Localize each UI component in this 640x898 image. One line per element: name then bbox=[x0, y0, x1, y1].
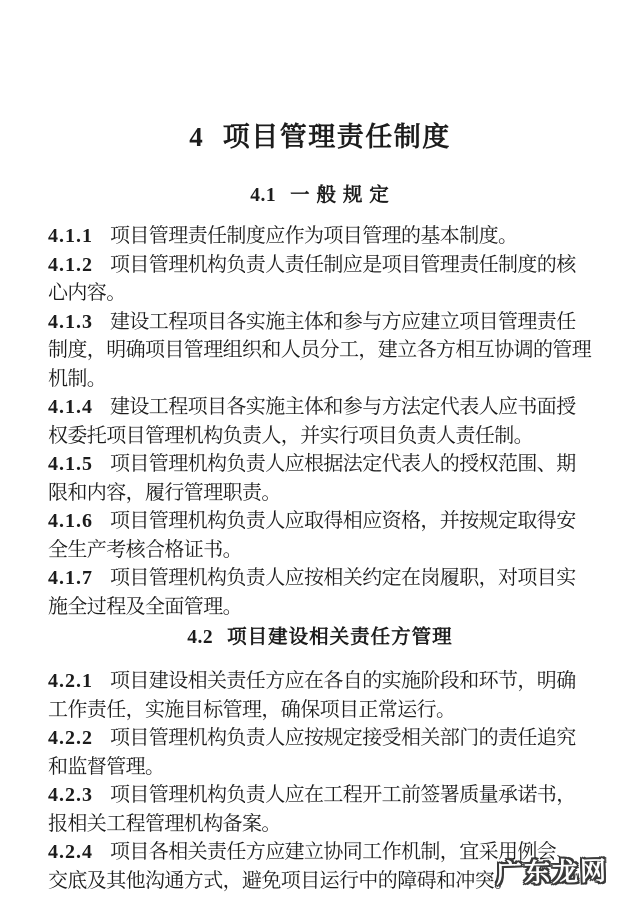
clause-4-1-3: 4.1.3建设工程项目各实施主体和参与方应建立项目管理责任 制度，明确项目管理组… bbox=[48, 308, 592, 394]
clause-number: 4.1.7 bbox=[48, 567, 93, 589]
clause-text: 项目管理机构负责人应根据法定代表人的授权范围、期 限和内容，履行管理职责。 bbox=[48, 453, 576, 504]
clause-text: 项目管理机构负责人应按相关约定在岗履职，对项目实 施全过程及全面管理。 bbox=[48, 567, 576, 618]
clause-4-1-7: 4.1.7项目管理机构负责人应按相关约定在岗履职，对项目实 施全过程及全面管理。 bbox=[48, 564, 592, 621]
section-heading-4-1: 4.1一 般 规 定 bbox=[48, 182, 592, 209]
clause-text: 项目管理机构负责人应取得相应资格，并按规定取得安 全生产考核合格证书。 bbox=[48, 510, 576, 561]
clause-number: 4.1.1 bbox=[48, 225, 93, 247]
clause-number: 4.2.4 bbox=[48, 841, 93, 863]
section-title-text: 一 般 规 定 bbox=[290, 185, 390, 206]
site-watermark: 广东龙网 bbox=[496, 851, 609, 891]
clause-4-1-2: 4.1.2项目管理机构负责人责任制应是项目管理责任制度的核 心内容。 bbox=[48, 251, 592, 308]
clause-4-1-1: 4.1.1项目管理责任制度应作为项目管理的基本制度。 bbox=[48, 222, 592, 251]
clause-number: 4.1.3 bbox=[48, 311, 93, 333]
chapter-title: 4项目管理责任制度 bbox=[48, 0, 592, 156]
clause-4-2-2: 4.2.2项目管理机构负责人应按规定接受相关部门的责任追究 和监督管理。 bbox=[48, 724, 592, 781]
clause-number: 4.2.2 bbox=[48, 727, 93, 749]
clause-4-1-4: 4.1.4建设工程项目各实施主体和参与方法定代表人应书面授 权委托项目管理机构负… bbox=[48, 393, 592, 450]
chapter-title-text: 项目管理责任制度 bbox=[223, 122, 451, 152]
clause-number: 4.1.4 bbox=[48, 396, 93, 418]
clause-text: 项目管理机构负责人应在工程开工前签署质量承诺书， 报相关工程管理机构备案。 bbox=[48, 784, 576, 835]
clause-number: 4.2.3 bbox=[48, 784, 93, 806]
clause-4-2-3: 4.2.3项目管理机构负责人应在工程开工前签署质量承诺书， 报相关工程管理机构备… bbox=[48, 781, 592, 838]
clause-number: 4.1.6 bbox=[48, 510, 93, 532]
clause-4-1-5: 4.1.5项目管理机构负责人应根据法定代表人的授权范围、期 限和内容，履行管理职… bbox=[48, 450, 592, 507]
section-number: 4.2 bbox=[187, 627, 213, 648]
clause-4-2-1: 4.2.1项目建设相关责任方应在各自的实施阶段和环节，明确 工作责任，实施目标管… bbox=[48, 667, 592, 724]
clause-number: 4.2.1 bbox=[48, 670, 93, 692]
clause-text: 项目建设相关责任方应在各自的实施阶段和环节，明确 工作责任，实施目标管理，确保项… bbox=[48, 670, 576, 721]
clause-4-1-6: 4.1.6项目管理机构负责人应取得相应资格，并按规定取得安 全生产考核合格证书。 bbox=[48, 507, 592, 564]
clause-text: 建设工程项目各实施主体和参与方法定代表人应书面授 权委托项目管理机构负责人，并实… bbox=[48, 396, 576, 447]
section-heading-4-2: 4.2项目建设相关责任方管理 bbox=[48, 624, 592, 651]
clause-text: 项目管理机构负责人责任制应是项目管理责任制度的核 心内容。 bbox=[48, 254, 576, 305]
document-page: 4项目管理责任制度 4.1一 般 规 定 4.1.1项目管理责任制度应作为项目管… bbox=[0, 0, 640, 898]
clause-text: 建设工程项目各实施主体和参与方应建立项目管理责任 制度，明确项目管理组织和人员分… bbox=[48, 311, 591, 390]
clause-number: 4.1.5 bbox=[48, 453, 93, 475]
section-title-text: 项目建设相关责任方管理 bbox=[227, 627, 453, 648]
clause-text: 项目管理机构负责人应按规定接受相关部门的责任追究 和监督管理。 bbox=[48, 727, 576, 778]
chapter-number: 4 bbox=[189, 122, 203, 152]
section-number: 4.1 bbox=[250, 185, 276, 206]
clause-number: 4.1.2 bbox=[48, 254, 93, 276]
clause-text: 项目管理责任制度应作为项目管理的基本制度。 bbox=[110, 225, 517, 247]
